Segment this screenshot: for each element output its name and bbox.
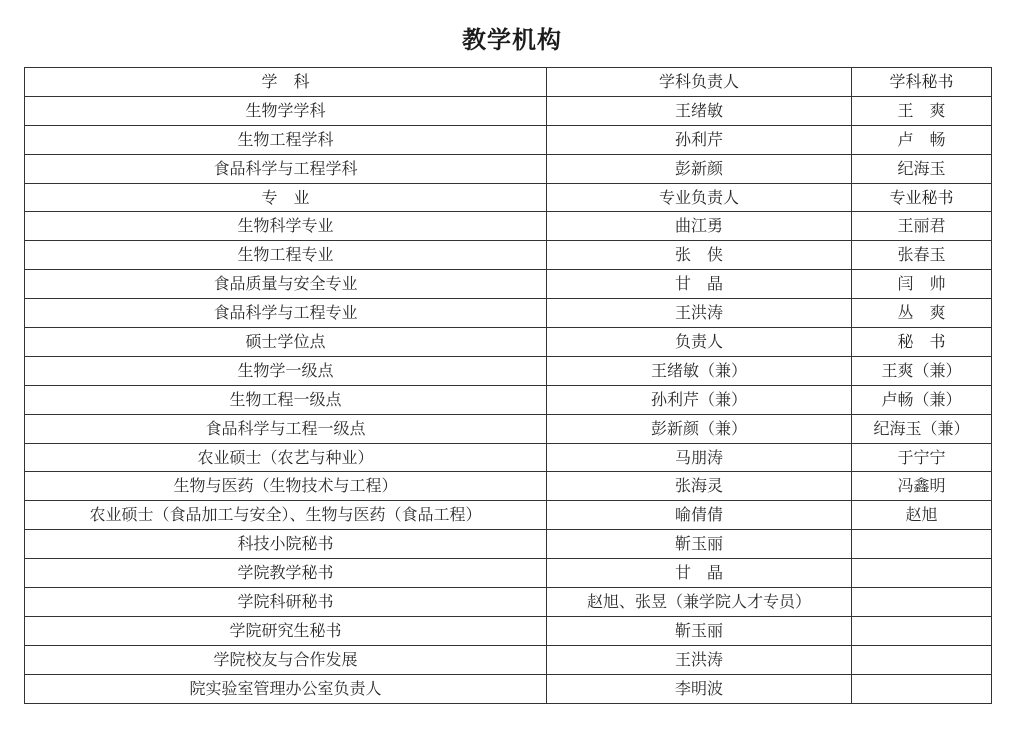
head-cell: 彭新颜（兼） bbox=[547, 414, 852, 443]
unit-cell: 生物工程专业 bbox=[25, 241, 547, 270]
head-cell: 彭新颜 bbox=[547, 154, 852, 183]
secretary-cell: 卢畅（兼） bbox=[852, 385, 992, 414]
secretary-cell bbox=[852, 530, 992, 559]
unit-cell: 生物与医药（生物技术与工程） bbox=[25, 472, 547, 501]
unit-cell: 生物工程学科 bbox=[25, 125, 547, 154]
head-cell: 专业负责人 bbox=[547, 183, 852, 212]
unit-cell: 学院校友与合作发展 bbox=[25, 645, 547, 674]
secretary-cell: 秘 书 bbox=[852, 328, 992, 357]
secretary-cell bbox=[852, 674, 992, 703]
secretary-cell: 纪海玉 bbox=[852, 154, 992, 183]
unit-cell: 食品质量与安全专业 bbox=[25, 270, 547, 299]
table-row: 生物学一级点王绪敏（兼）王爽（兼） bbox=[25, 356, 992, 385]
head-cell: 甘 晶 bbox=[547, 270, 852, 299]
unit-cell: 院实验室管理办公室负责人 bbox=[25, 674, 547, 703]
head-cell: 王洪涛 bbox=[547, 645, 852, 674]
table-row: 食品质量与安全专业甘 晶闫 帅 bbox=[25, 270, 992, 299]
unit-cell: 科技小院秘书 bbox=[25, 530, 547, 559]
table-row: 生物工程专业张 侠张春玉 bbox=[25, 241, 992, 270]
secretary-cell bbox=[852, 645, 992, 674]
secretary-cell: 张春玉 bbox=[852, 241, 992, 270]
unit-cell: 食品科学与工程学科 bbox=[25, 154, 547, 183]
secretary-cell: 王爽（兼） bbox=[852, 356, 992, 385]
table-row: 科技小院秘书靳玉丽 bbox=[25, 530, 992, 559]
page-title: 教学机构 bbox=[0, 22, 1024, 58]
table-row: 食品科学与工程学科彭新颜纪海玉 bbox=[25, 154, 992, 183]
teaching-organization-table: 学 科学科负责人学科秘书生物学学科王绪敏王 爽生物工程学科孙利芹卢 畅食品科学与… bbox=[24, 67, 992, 704]
head-cell: 靳玉丽 bbox=[547, 530, 852, 559]
table-row: 学院研究生秘书靳玉丽 bbox=[25, 616, 992, 645]
head-cell: 王洪涛 bbox=[547, 299, 852, 328]
table-row: 生物学学科王绪敏王 爽 bbox=[25, 96, 992, 125]
unit-cell: 学院研究生秘书 bbox=[25, 616, 547, 645]
head-cell: 学科负责人 bbox=[547, 68, 852, 97]
head-cell: 王绪敏 bbox=[547, 96, 852, 125]
secretary-cell: 卢 畅 bbox=[852, 125, 992, 154]
secretary-cell: 于宁宁 bbox=[852, 443, 992, 472]
secretary-cell: 纪海玉（兼） bbox=[852, 414, 992, 443]
head-cell: 孙利芹（兼） bbox=[547, 385, 852, 414]
head-cell: 喻倩倩 bbox=[547, 501, 852, 530]
unit-cell: 专 业 bbox=[25, 183, 547, 212]
table-row: 生物科学专业曲江勇王丽君 bbox=[25, 212, 992, 241]
head-cell: 张海灵 bbox=[547, 472, 852, 501]
head-cell: 马朋涛 bbox=[547, 443, 852, 472]
secretary-cell bbox=[852, 588, 992, 617]
unit-cell: 食品科学与工程一级点 bbox=[25, 414, 547, 443]
unit-cell: 生物科学专业 bbox=[25, 212, 547, 241]
section-header-row: 硕士学位点负责人秘 书 bbox=[25, 328, 992, 357]
table-row: 食品科学与工程一级点彭新颜（兼）纪海玉（兼） bbox=[25, 414, 992, 443]
secretary-cell: 学科秘书 bbox=[852, 68, 992, 97]
head-cell: 赵旭、张昱（兼学院人才专员） bbox=[547, 588, 852, 617]
table-row: 农业硕士（食品加工与安全）、生物与医药（食品工程）喻倩倩赵旭 bbox=[25, 501, 992, 530]
secretary-cell: 闫 帅 bbox=[852, 270, 992, 299]
unit-cell: 学院教学秘书 bbox=[25, 559, 547, 588]
head-cell: 负责人 bbox=[547, 328, 852, 357]
unit-cell: 学院科研秘书 bbox=[25, 588, 547, 617]
unit-cell: 农业硕士（食品加工与安全）、生物与医药（食品工程） bbox=[25, 501, 547, 530]
secretary-cell: 专业秘书 bbox=[852, 183, 992, 212]
head-cell: 张 侠 bbox=[547, 241, 852, 270]
unit-cell: 生物学学科 bbox=[25, 96, 547, 125]
unit-cell: 食品科学与工程专业 bbox=[25, 299, 547, 328]
unit-cell: 生物工程一级点 bbox=[25, 385, 547, 414]
unit-cell: 生物学一级点 bbox=[25, 356, 547, 385]
table-row: 学院教学秘书甘 晶 bbox=[25, 559, 992, 588]
head-cell: 王绪敏（兼） bbox=[547, 356, 852, 385]
head-cell: 靳玉丽 bbox=[547, 616, 852, 645]
table-row: 生物工程学科孙利芹卢 畅 bbox=[25, 125, 992, 154]
head-cell: 李明波 bbox=[547, 674, 852, 703]
table-row: 生物与医药（生物技术与工程）张海灵冯鑫明 bbox=[25, 472, 992, 501]
table-row: 院实验室管理办公室负责人李明波 bbox=[25, 674, 992, 703]
secretary-cell bbox=[852, 559, 992, 588]
table-row: 食品科学与工程专业王洪涛丛 爽 bbox=[25, 299, 992, 328]
secretary-cell: 王 爽 bbox=[852, 96, 992, 125]
secretary-cell: 赵旭 bbox=[852, 501, 992, 530]
head-cell: 曲江勇 bbox=[547, 212, 852, 241]
unit-cell: 学 科 bbox=[25, 68, 547, 97]
table-row: 生物工程一级点孙利芹（兼）卢畅（兼） bbox=[25, 385, 992, 414]
secretary-cell: 王丽君 bbox=[852, 212, 992, 241]
head-cell: 孙利芹 bbox=[547, 125, 852, 154]
table-row: 农业硕士（农艺与种业）马朋涛于宁宁 bbox=[25, 443, 992, 472]
secretary-cell: 冯鑫明 bbox=[852, 472, 992, 501]
secretary-cell: 丛 爽 bbox=[852, 299, 992, 328]
table-row: 学院校友与合作发展王洪涛 bbox=[25, 645, 992, 674]
section-header-row: 专 业专业负责人专业秘书 bbox=[25, 183, 992, 212]
table-body: 学 科学科负责人学科秘书生物学学科王绪敏王 爽生物工程学科孙利芹卢 畅食品科学与… bbox=[25, 68, 992, 704]
head-cell: 甘 晶 bbox=[547, 559, 852, 588]
unit-cell: 农业硕士（农艺与种业） bbox=[25, 443, 547, 472]
table-row: 学院科研秘书赵旭、张昱（兼学院人才专员） bbox=[25, 588, 992, 617]
section-header-row: 学 科学科负责人学科秘书 bbox=[25, 68, 992, 97]
secretary-cell bbox=[852, 616, 992, 645]
unit-cell: 硕士学位点 bbox=[25, 328, 547, 357]
